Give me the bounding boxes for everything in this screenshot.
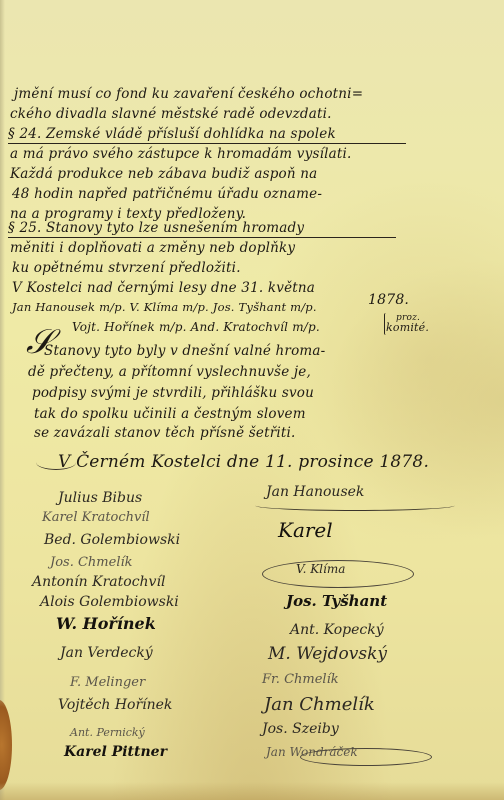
resolution-line: podpisy svými je stvrdili, přihlášku svo…	[32, 385, 314, 401]
signature: Jos. Tyšhant	[286, 592, 387, 610]
signature: Fr. Chmelík	[262, 672, 339, 687]
section-25-heading: § 25. Stanovy tyto lze usnešením hromady	[8, 220, 396, 238]
flourish	[262, 560, 414, 588]
closing-date: V Černém Kostelci dne 11. prosince 1878.	[58, 452, 429, 472]
signature: F. Melinger	[70, 675, 145, 690]
signature: Jan Chmelík	[264, 694, 375, 715]
signature: Jos. Szeiby	[262, 721, 339, 737]
section-24-heading: § 24. Zemské vládě přísluší dohlídka na …	[8, 126, 406, 144]
resolution-line: Stanovy tyto byly v dnešní valné hroma-	[44, 343, 325, 359]
signature: W. Hořínek	[56, 614, 156, 633]
body-line: ku opětnému stvrzení předložiti.	[12, 260, 241, 276]
committee-signers-2: Vojt. Hořínek m/p. And. Kratochvíl m/p.	[72, 320, 320, 334]
signature: Alois Golembiowski	[40, 594, 179, 610]
bracket	[384, 313, 388, 335]
place-date-line: V Kostelci nad černými lesy dne 31. květ…	[12, 280, 315, 296]
year: 1878.	[368, 292, 409, 308]
resolution-line: tak do spolku učinili a čestným slovem	[34, 406, 306, 422]
signature: Jan Hanousek	[266, 484, 364, 500]
body-line: 48 hodin napřed patřičnému úřadu ozname-	[12, 186, 322, 202]
page-edge	[0, 0, 5, 800]
body-line: a má právo svého zástupce k hromadám vys…	[10, 146, 352, 162]
body-line: ckého divadla slavné městské radě odevzd…	[10, 106, 332, 122]
body-line: jmění musí co fond ku zavaření českého o…	[14, 86, 363, 102]
resolution-line: dě přečteny, a přítomní vyslechnuvše je,	[28, 364, 311, 380]
signature: Karel Kratochvíl	[42, 510, 150, 525]
signature: Ant. Kopecký	[290, 622, 384, 638]
signature: Jos. Chmelík	[50, 555, 133, 570]
bracket-note-bottom: komité.	[386, 321, 429, 334]
wax-stain	[0, 700, 12, 790]
signature: Vojtěch Hořínek	[58, 697, 172, 713]
signature: Karel	[278, 518, 333, 542]
document-page: jmění musí co fond ku zavaření českého o…	[0, 0, 504, 800]
signature: Ant. Pernický	[70, 726, 145, 739]
body-line: měniti i doplňovati a změny neb doplňky	[10, 240, 295, 256]
signature: Karel Pittner	[64, 744, 167, 760]
committee-signers: Jan Hanousek m/p. V. Klíma m/p. Jos. Tyš…	[12, 300, 317, 314]
resolution-line: se zavázali stanov těch přísně šetřiti.	[34, 425, 296, 441]
water-stain	[0, 782, 504, 800]
flourish	[255, 500, 455, 511]
signature: Jan Verdecký	[60, 645, 153, 661]
flourish	[36, 455, 76, 470]
signature: Antonín Kratochvíl	[32, 574, 165, 590]
body-line: Každá produkce neb zábava budiž aspoň na	[10, 166, 317, 182]
signature: Bed. Golembiowski	[44, 532, 180, 548]
signature: M. Wejdovský	[268, 644, 387, 664]
flourish	[300, 748, 432, 766]
signature: Julius Bibus	[58, 490, 142, 506]
